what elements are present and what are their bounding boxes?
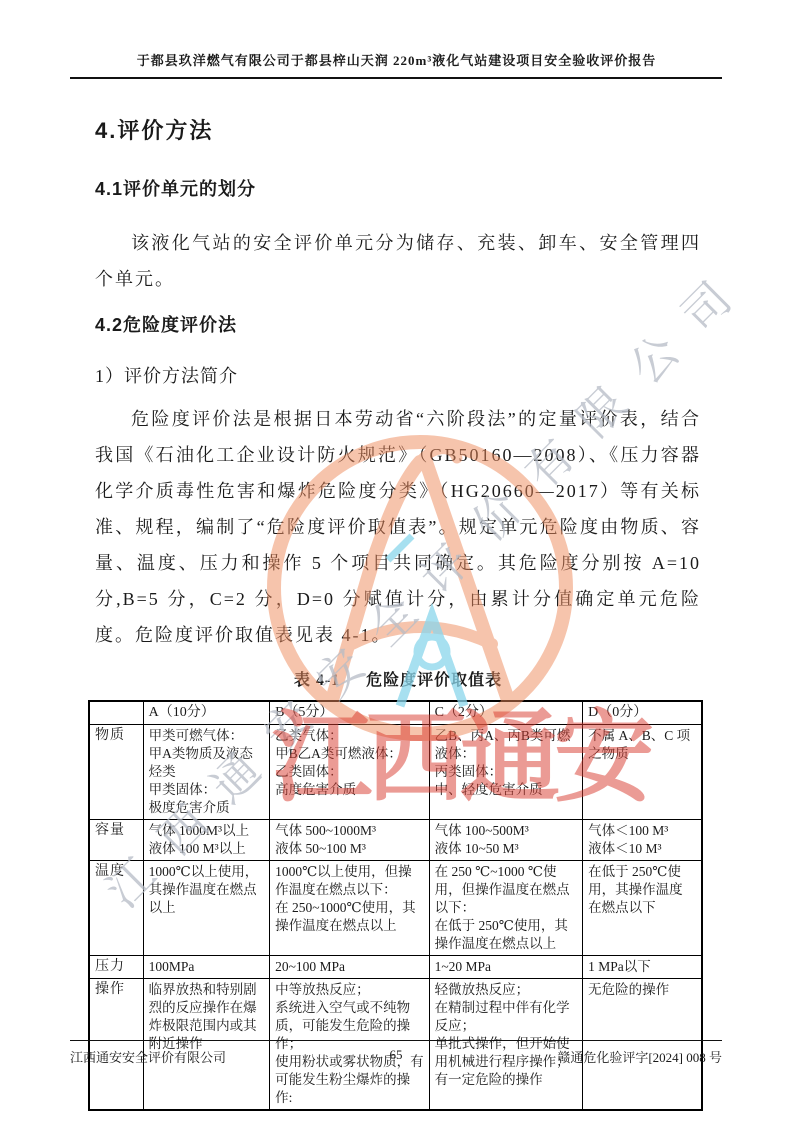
row-label-pressure: 压力 [89, 956, 143, 979]
section-heading-4-1: 4.1评价单元的划分 [95, 175, 701, 201]
table-header-row: A（10分） B（5分） C（2分） D（0分） [89, 701, 702, 725]
table-row: 温度 1000℃以上使用，其操作温度在燃点以上 1000℃以上使用，但操作温度在… [89, 861, 702, 956]
table-cell: 气体＜100 M³ 液体＜10 M³ [583, 820, 702, 861]
table-cell: 1~20 MPa [429, 956, 583, 979]
table-cell: 乙类气体： 甲B乙A类可燃液体： 乙类固体： 高度危害介质 [270, 725, 430, 820]
table-header-b: B（5分） [270, 701, 430, 725]
table-row: 容量 气体 1000M³以上 液体 100 M³以上 气体 500~1000M³… [89, 820, 702, 861]
table-cell: 1000℃以上使用，其操作温度在燃点以上 [143, 861, 269, 956]
table-cell: 甲类可燃气体： 甲A类物质及液态烃类 甲类固体： 极度危害介质 [143, 725, 269, 820]
section-heading-4-2: 4.2危险度评价法 [95, 311, 701, 337]
table-header-d: D（0分） [583, 701, 702, 725]
table-cell: 在低于 250℃使用，其操作温度在燃点以下 [583, 861, 702, 956]
table-caption: 表 4-1危险度评价取值表 [95, 667, 701, 690]
table-cell: 1 MPa以下 [583, 956, 702, 979]
header-divider [70, 77, 722, 79]
table-header-blank [89, 701, 143, 725]
table-cell: 气体 1000M³以上 液体 100 M³以上 [143, 820, 269, 861]
table-cell: 20~100 MPa [270, 956, 430, 979]
table-header-a: A（10分） [143, 701, 269, 725]
table-caption-title: 危险度评价取值表 [366, 672, 502, 689]
page-footer: 江西通安安全评价有限公司 65 赣通危化验评字[2024] 008 号 [70, 1040, 722, 1066]
table-cell: 气体 100~500M³ 液体 10~50 M³ [429, 820, 583, 861]
paragraph-unit-division: 该液化气站的安全评价单元分为储存、充装、卸车、安全管理四个单元。 [95, 225, 701, 297]
row-label-temperature: 温度 [89, 861, 143, 956]
table-cell: 1000℃以上使用，但操作温度在燃点以下： 在 250~1000℃使用，其操作温… [270, 861, 430, 956]
table-cell: 不属 A、B、C 项之物质 [583, 725, 702, 820]
document-page: 于都县玖洋燃气有限公司于都县梓山天润 220m³液化气站建设项目安全验收评价报告… [0, 0, 793, 1122]
table-row: 压力 100MPa 20~100 MPa 1~20 MPa 1 MPa以下 [89, 956, 702, 979]
page-number: 65 [70, 1047, 722, 1063]
row-label-capacity: 容量 [89, 820, 143, 861]
paragraph-method-description: 危险度评价法是根据日本劳动省“六阶段法”的定量评价表，结合我国《石油化工企业设计… [95, 401, 701, 653]
table-cell: 在 250 ℃~1000 ℃使用，但操作温度在燃点以下： 在低于 250℃使用，… [429, 861, 583, 956]
table-cell: 气体 500~1000M³ 液体 50~100 M³ [270, 820, 430, 861]
table-cell: 100MPa [143, 956, 269, 979]
section-heading-4: 4.评价方法 [95, 114, 701, 145]
page-content: 4.评价方法 4.1评价单元的划分 该液化气站的安全评价单元分为储存、充装、卸车… [95, 114, 701, 1111]
subheading-method-intro: 1）评价方法简介 [95, 361, 701, 391]
report-title: 于都县玖洋燃气有限公司于都县梓山天润 220m³液化气站建设项目安全验收评价报告 [0, 50, 793, 69]
table-cell: 乙B、丙A、丙B类可燃液体： 丙类固体： 中、轻度危害介质 [429, 725, 583, 820]
table-caption-label: 表 4-1 [294, 672, 340, 689]
table-header-c: C（2分） [429, 701, 583, 725]
table-row: 物质 甲类可燃气体： 甲A类物质及液态烃类 甲类固体： 极度危害介质 乙类气体：… [89, 725, 702, 820]
row-label-substance: 物质 [89, 725, 143, 820]
